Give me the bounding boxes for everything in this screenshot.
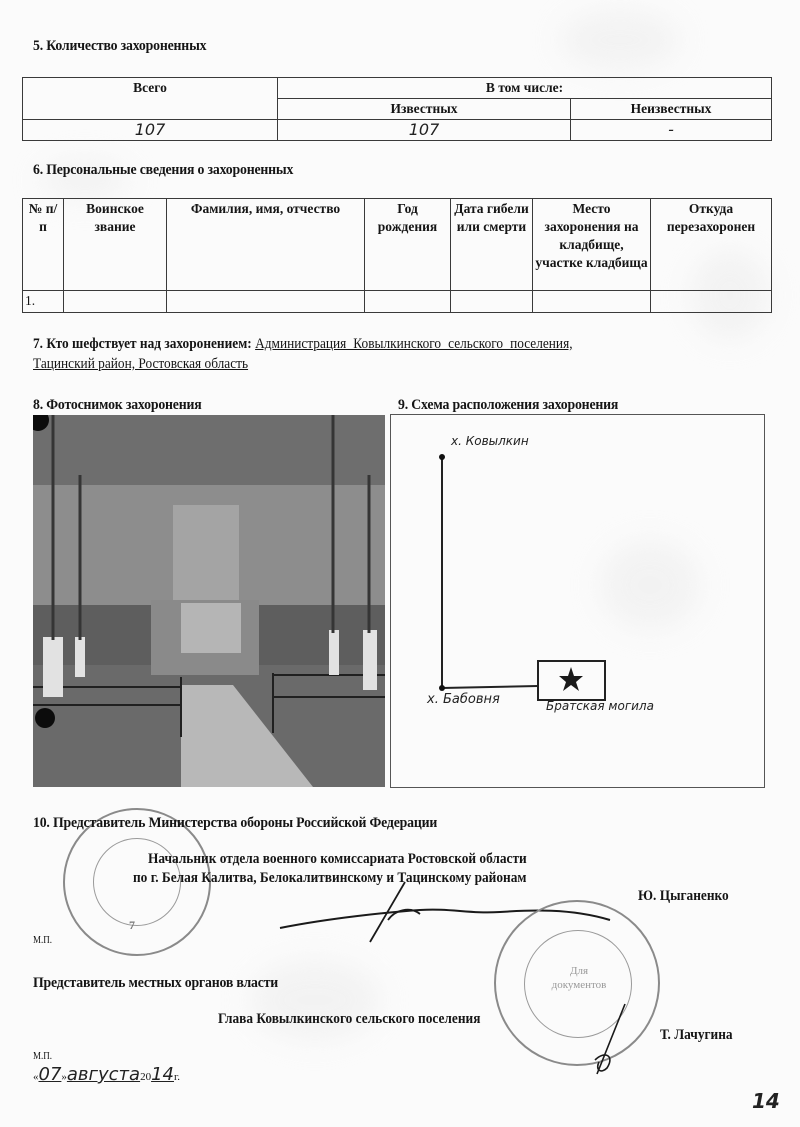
local-title: Представитель местных органов власти xyxy=(33,975,278,992)
local-position: Глава Ковылкинского сельского поселения xyxy=(218,1011,480,1028)
col-number: № п/п xyxy=(23,199,64,291)
mod-stamp-label: М.П. xyxy=(33,935,52,946)
signature-local xyxy=(575,1000,635,1080)
date-day: 07 xyxy=(39,1064,62,1085)
header-total: Всего xyxy=(23,78,278,120)
signing-date: «07»августа2014г. xyxy=(33,1064,180,1085)
section9-title: 9. Схема расположения захоронения xyxy=(398,397,618,414)
document-page: 5. Количество захороненных Всего В том ч… xyxy=(0,0,800,1127)
header-unknown: Неизвестных xyxy=(571,99,772,120)
mod-name: Ю. Цыганенко xyxy=(638,888,729,905)
col-rank: Воинское звание xyxy=(64,199,167,291)
personal-data-table: № п/п Воинское звание Фамилия, имя, отче… xyxy=(22,198,772,313)
section7-value-line2: Тацинский район, Ростовская область xyxy=(33,356,248,373)
section6-title: 6. Персональные сведения о захороненных xyxy=(33,162,293,179)
col-birth-year: Год рождения xyxy=(365,199,451,291)
burial-count-table: Всего В том числе: Известных Неизвестных… xyxy=(22,77,772,141)
value-known: 107 xyxy=(278,120,571,141)
col-death-date: Дата гибели или смерти xyxy=(451,199,533,291)
value-total: 107 xyxy=(23,120,278,141)
date-year-suffix: 14 xyxy=(151,1064,174,1085)
header-including: В том числе: xyxy=(278,78,772,99)
value-unknown: - xyxy=(571,120,772,141)
local-stamp-label: М.П. xyxy=(33,1051,52,1062)
date-year-prefix: 20 xyxy=(140,1071,151,1083)
col-burial-place: Место захоронения на кладбище, участке к… xyxy=(533,199,651,291)
memorial-photo-image xyxy=(33,415,385,787)
scheme-label-grave: Братская могила xyxy=(546,699,654,713)
section8-title: 8. Фотоснимок захоронения xyxy=(33,397,202,414)
section7-value-line1: Администрация Ковылкинского сельского по… xyxy=(255,336,572,352)
scheme-label-kovylkin: х. Ковылкин xyxy=(451,434,529,448)
star-icon xyxy=(559,667,583,691)
section10-title: 10. Представитель Министерства обороны Р… xyxy=(33,815,437,832)
col-name: Фамилия, имя, отчество xyxy=(167,199,365,291)
section7: 7. Кто шефствует над захоронением: Админ… xyxy=(33,336,769,353)
punch-hole-bottom xyxy=(35,708,55,728)
memorial-photo xyxy=(33,415,385,787)
page-number: 14 xyxy=(752,1089,780,1113)
scheme-label-babovnya: х. Бабовня xyxy=(427,692,500,707)
location-scheme: х. Ковылкин х. Бабовня Братская могила xyxy=(390,414,765,788)
section5-title: 5. Количество захороненных xyxy=(33,38,206,55)
mod-position-line1: Начальник отдела военного комиссариата Р… xyxy=(148,851,527,868)
section7-label: 7. Кто шефствует над захоронением: xyxy=(33,336,252,352)
header-known: Известных xyxy=(278,99,571,120)
date-month: августа xyxy=(67,1064,140,1085)
table-row: 1. xyxy=(23,291,772,313)
scheme-drawing xyxy=(391,415,763,787)
col-reburied-from: Откуда перезахоронен xyxy=(651,199,772,291)
local-name: Т. Лачугина xyxy=(660,1027,733,1044)
